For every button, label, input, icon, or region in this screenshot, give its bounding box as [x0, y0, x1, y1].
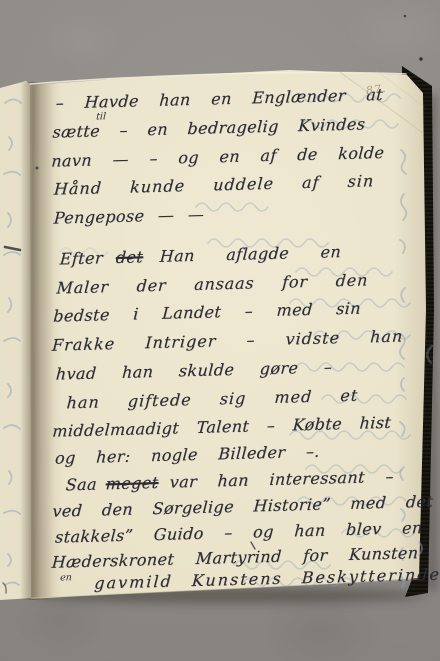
handwritten-line: bedste i Landet – med sin	[53, 301, 362, 325]
notebook-photo: 87. – Havde han en Englænder at sætte – …	[0, 0, 440, 661]
handwritten-line: navn — – og en af de kolde	[51, 145, 385, 170]
inserted-word: en	[60, 573, 72, 583]
bleed-through-left-sliver	[4, 100, 21, 586]
handwritten-line: Frakke Intriger – vidste han	[52, 328, 404, 353]
handwritten-line: Han aflagde en	[159, 244, 341, 265]
handwritten-line: Hånd kunde uddele af sin	[53, 173, 374, 197]
handwritten-line: stakkels” Guido – og han blev en	[55, 520, 423, 546]
handwritten-line: ved den Sørgelige Historie” med det	[52, 494, 434, 520]
handwritten-line: han giftede sig med et	[66, 388, 359, 412]
handwritten-line: Saa	[65, 477, 97, 494]
struck-through-word: meget	[105, 475, 159, 492]
struck-through-word: det	[115, 249, 143, 266]
handwritten-line: Maler der ansaas for den	[56, 272, 368, 296]
handwritten-line: var han interessant –	[169, 469, 394, 491]
inserted-word-above: til	[96, 112, 106, 122]
handwritten-line: middelmaadigt Talent – Købte hist	[52, 415, 392, 440]
handwritten-line: gavmild Kunstens Beskytterinde	[94, 567, 440, 592]
page-number: 87.	[365, 83, 387, 96]
handwritten-line: Efter	[59, 250, 103, 267]
handwritten-line: og her: nogle Billeder –.	[55, 444, 321, 467]
handwritten-line: Pengepose — —	[53, 207, 204, 227]
handwritten-line: – Havde han en Englænder at	[55, 87, 383, 112]
handwritten-line: hvad han skulde gøre –	[55, 359, 332, 382]
handwriting: – Havde han en Englænder at sætte – en b…	[33, 50, 440, 626]
